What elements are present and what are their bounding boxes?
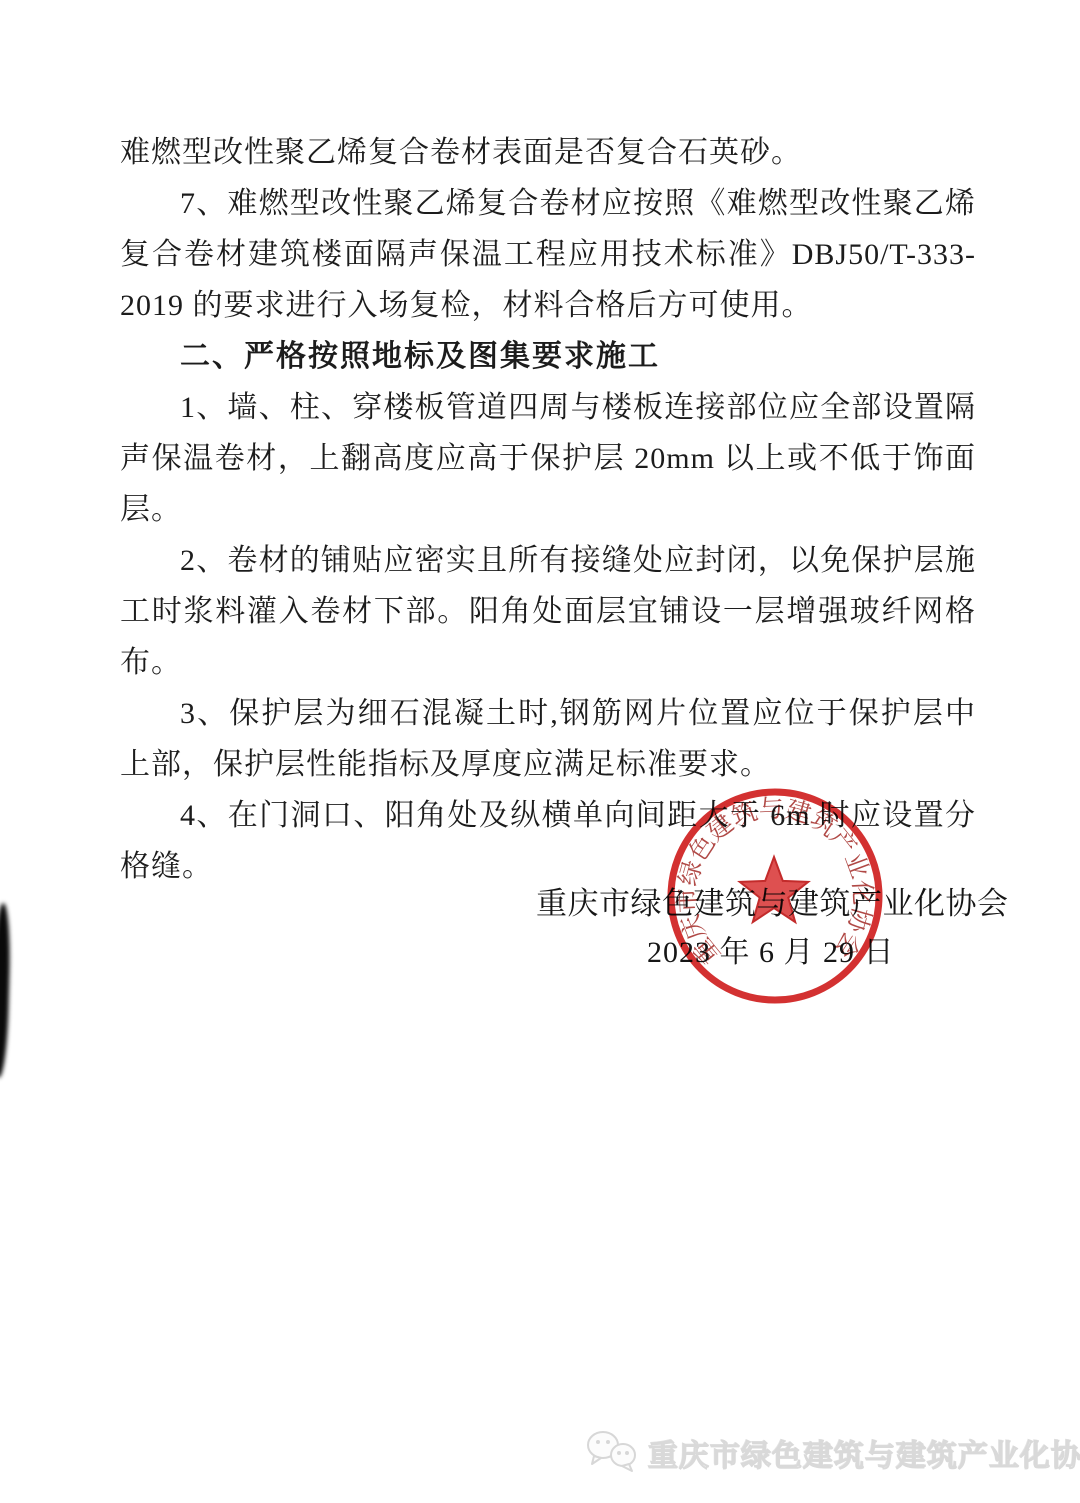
signature-date: 2023 年 6 月 29 日 [647,927,895,971]
document-body: 难燃型改性聚乙烯复合卷材表面是否复合石英砂。 7、难燃型改性聚乙烯复合卷材应按照… [120,127,976,892]
footer-watermark-text: 重庆市绿色建筑与建筑产业化协会 [648,1431,1080,1475]
paragraph-item-2: 2、卷材的铺贴应密实且所有接缝处应封闭，以免保护层施工时浆料灌入卷材下部。阳角处… [120,535,976,688]
paragraph-item-3: 3、保护层为细石混凝土时,钢筋网片位置应位于保护层中上部，保护层性能指标及厚度应… [120,688,976,790]
footer-watermark: 重庆市绿色建筑与建筑产业化协会 [586,1430,1080,1476]
paragraph-item-4: 4、在门洞口、阳角处及纵横单向间距大于 6m 时应设置分格缝。 [120,790,976,892]
scanned-document-page: 难燃型改性聚乙烯复合卷材表面是否复合石英砂。 7、难燃型改性聚乙烯复合卷材应按照… [0,0,1080,1503]
signature-organization: 重庆市绿色建筑与建筑产业化协会 [536,878,1009,923]
paragraph-item-1: 1、墙、柱、穿楼板管道四周与楼板连接部位应全部设置隔声保温卷材，上翻高度应高于保… [120,382,976,535]
scan-edge-artifact [0,903,11,1078]
paragraph-item-7: 7、难燃型改性聚乙烯复合卷材应按照《难燃型改性聚乙烯复合卷材建筑楼面隔声保温工程… [120,178,976,331]
section-heading: 二、严格按照地标及图集要求施工 [120,331,976,382]
wechat-icon [586,1430,640,1476]
paragraph-continuation: 难燃型改性聚乙烯复合卷材表面是否复合石英砂。 [120,127,976,178]
